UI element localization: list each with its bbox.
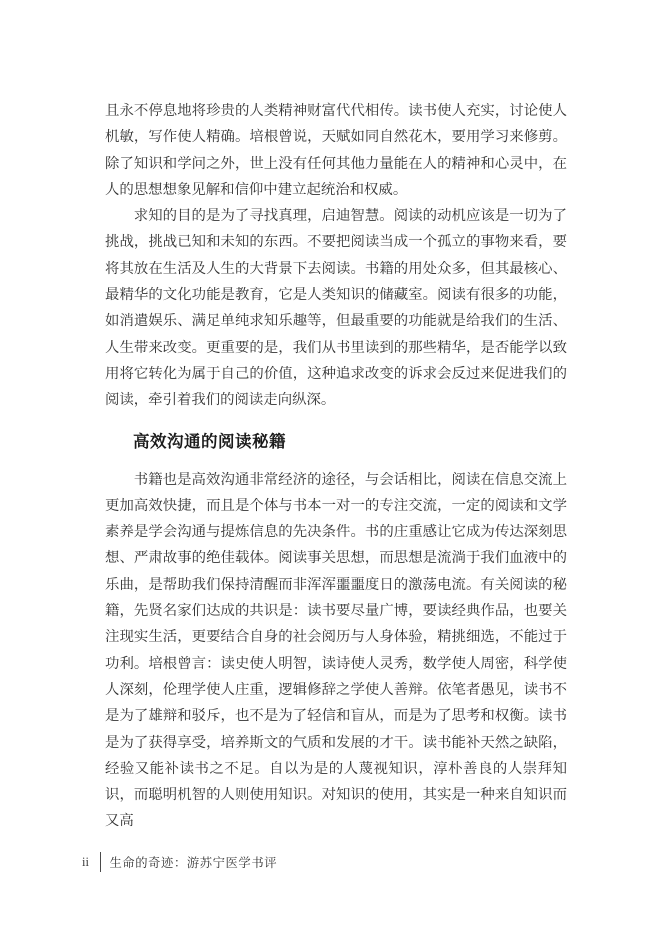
footer-divider (100, 852, 102, 872)
page-number: ii (82, 855, 89, 870)
paragraph-seeking-knowledge: 求知的目的是为了寻找真理，启迪智慧。阅读的动机应该是一切为了挑战，挑战已知和未知… (105, 203, 567, 413)
page-footer: ii 生命的奇迹：游苏宁医学书评 (82, 851, 277, 873)
footer-book-title: 生命的奇迹：游苏宁医学书评 (109, 853, 277, 871)
book-page: 且永不停息地将珍贵的人类精神财富代代相传。读书使人充实，讨论使人机敏，写作使人精… (0, 0, 661, 926)
page-body-text: 且永不停息地将珍贵的人类精神财富代代相传。读书使人充实，讨论使人机敏，写作使人精… (105, 98, 567, 835)
section-heading: 高效沟通的阅读秘籍 (133, 430, 567, 454)
paragraph-efficient-communication: 书籍也是高效沟通非常经济的途径，与会话相比，阅读在信息交流上更加高效快捷，而且是… (105, 467, 567, 835)
paragraph-continuation: 且永不停息地将珍贵的人类精神财富代代相传。读书使人充实，讨论使人机敏，写作使人精… (105, 98, 567, 203)
